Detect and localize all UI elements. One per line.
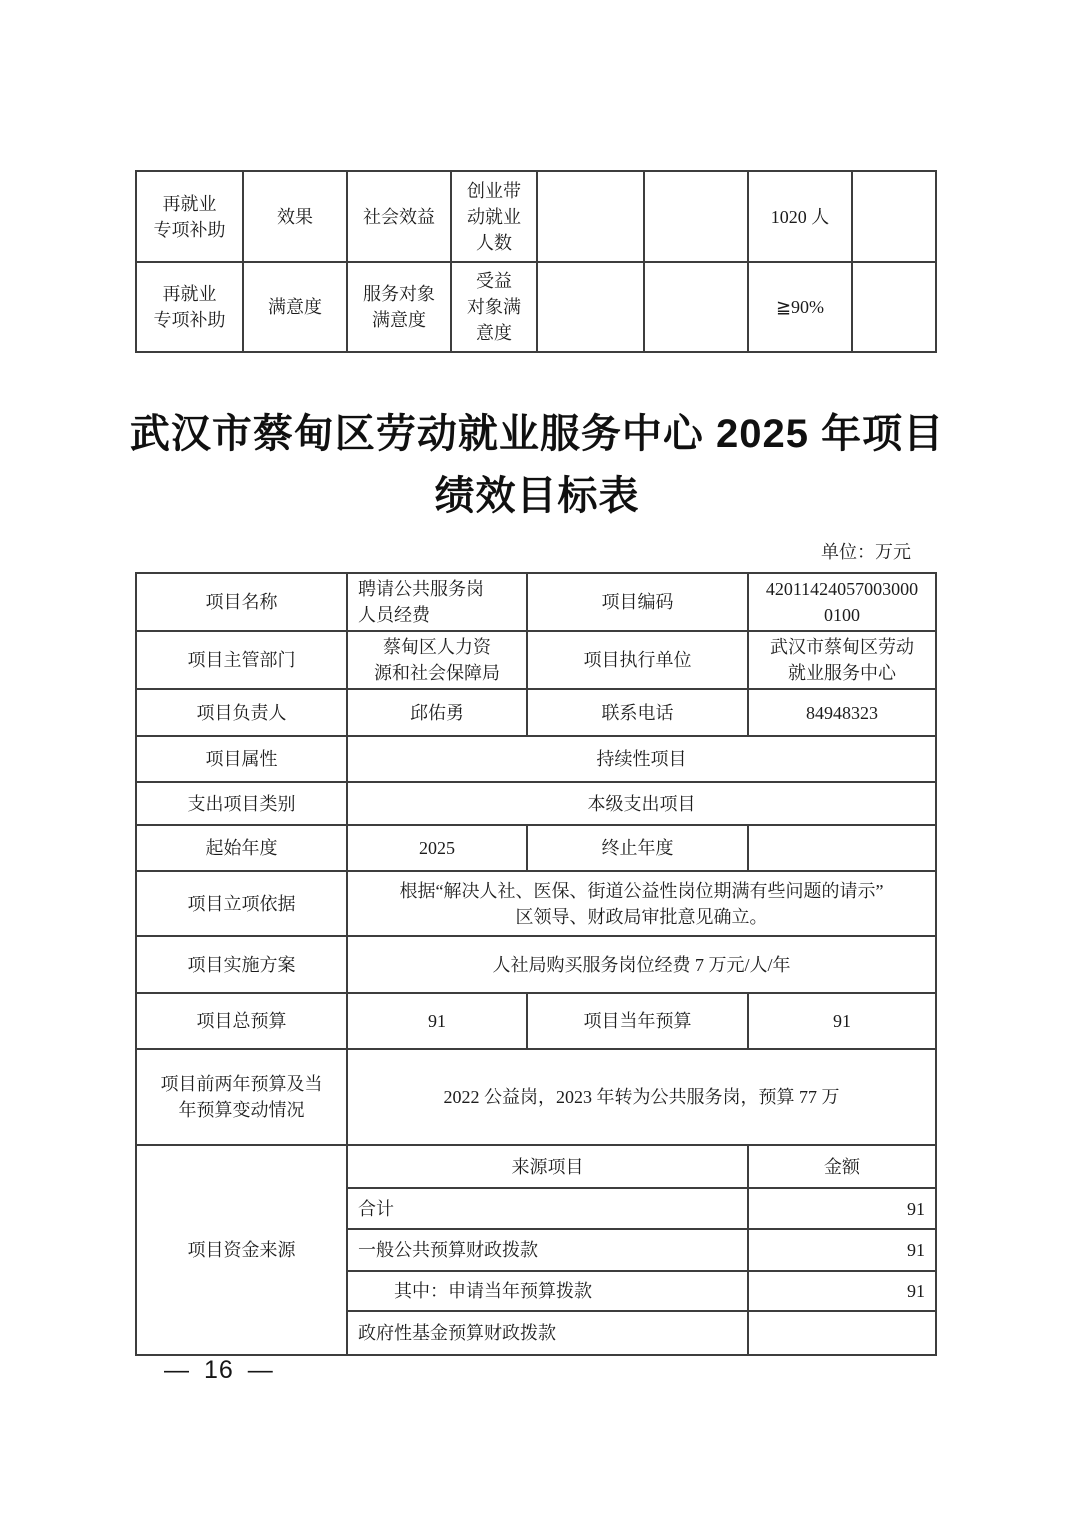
label-leader: 项目负责人: [136, 689, 347, 736]
empty-cell: [852, 262, 936, 352]
table-row: 项目前两年预算及当 年预算变动情况 2022 公益岗，2023 年转为公共服务岗…: [136, 1049, 936, 1145]
table-row: 项目属性 持续性项目: [136, 736, 936, 782]
empty-cell: [644, 171, 748, 262]
table-row: 项目名称 聘请公共服务岗 人员经费 项目编码 42011424057003000…: [136, 573, 936, 631]
label-phone: 联系电话: [527, 689, 748, 736]
cell-project-name: 再就业 专项补助: [136, 262, 243, 352]
table-row: 再就业 专项补助 满意度 服务对象 满意度 受益 对象满 意度 ≧90%: [136, 262, 936, 352]
value-department: 蔡甸区人力资 源和社会保障局: [347, 631, 527, 689]
table-row: 项目负责人 邱佑勇 联系电话 84948323: [136, 689, 936, 736]
value-basis: 根据“解决人社、医保、街道公益性岗位期满有些问题的请示” 区领导、财政局审批意见…: [347, 871, 936, 936]
funding-row-current-year-amount: 91: [748, 1271, 936, 1311]
funding-row-gov-fund-amount: [748, 1311, 936, 1355]
table-row: 项目立项依据 根据“解决人社、医保、街道公益性岗位期满有些问题的请示” 区领导、…: [136, 871, 936, 936]
table-row: 支出项目类别 本级支出项目: [136, 782, 936, 825]
label-funding-source: 项目资金来源: [136, 1145, 347, 1355]
empty-cell: [852, 171, 936, 262]
value-executor: 武汉市蔡甸区劳动 就业服务中心: [748, 631, 936, 689]
value-year-budget: 91: [748, 993, 936, 1049]
value-end-year: [748, 825, 936, 871]
label-project-name: 项目名称: [136, 573, 347, 631]
page-number: — 16 —: [164, 1356, 274, 1385]
project-target-table: 项目名称 聘请公共服务岗 人员经费 项目编码 42011424057003000…: [135, 572, 937, 1356]
document-page: 再就业 专项补助 效果 社会效益 创业带 动就业 人数 1020 人 再就业 专…: [0, 0, 1074, 1520]
table-row: 起始年度 2025 终止年度: [136, 825, 936, 871]
table-row: 项目主管部门 蔡甸区人力资 源和社会保障局 项目执行单位 武汉市蔡甸区劳动 就业…: [136, 631, 936, 689]
funding-row-general-budget-amount: 91: [748, 1229, 936, 1271]
label-total-budget: 项目总预算: [136, 993, 347, 1049]
funding-row-total-amount: 91: [748, 1188, 936, 1229]
cell-category: 社会效益: [347, 171, 451, 262]
header-funding-source: 来源项目: [347, 1145, 748, 1188]
value-total-budget: 91: [347, 993, 527, 1049]
unit-label: 单位：万元: [135, 540, 911, 564]
value-attribute: 持续性项目: [347, 736, 936, 782]
funding-row-general-budget-label: 一般公共预算财政拨款: [347, 1229, 748, 1271]
funding-row-current-year-label: 其中：申请当年预算拨款: [347, 1271, 748, 1311]
label-prev-budget: 项目前两年预算及当 年预算变动情况: [136, 1049, 347, 1145]
header-funding-amount: 金额: [748, 1145, 936, 1188]
title-line-1: 武汉市蔡甸区劳动就业服务中心 2025 年项目: [0, 403, 1074, 465]
title-line-2: 绩效目标表: [0, 465, 1074, 527]
table-row: 再就业 专项补助 效果 社会效益 创业带 动就业 人数 1020 人: [136, 171, 936, 262]
funding-row-total-label: 合计: [347, 1188, 748, 1229]
value-prev-budget: 2022 公益岗，2023 年转为公共服务岗，预算 77 万: [347, 1049, 936, 1145]
continuation-indicator-table: 再就业 专项补助 效果 社会效益 创业带 动就业 人数 1020 人 再就业 专…: [135, 170, 937, 353]
label-year-budget: 项目当年预算: [527, 993, 748, 1049]
document-title: 武汉市蔡甸区劳动就业服务中心 2025 年项目 绩效目标表: [0, 403, 1074, 527]
cell-category: 服务对象 满意度: [347, 262, 451, 352]
value-expense-type: 本级支出项目: [347, 782, 936, 825]
label-plan: 项目实施方案: [136, 936, 347, 993]
cell-project-name: 再就业 专项补助: [136, 171, 243, 262]
value-leader: 邱佑勇: [347, 689, 527, 736]
label-executor: 项目执行单位: [527, 631, 748, 689]
table-row: 项目总预算 91 项目当年预算 91: [136, 993, 936, 1049]
label-attribute: 项目属性: [136, 736, 347, 782]
value-project-name: 聘请公共服务岗 人员经费: [347, 573, 527, 631]
label-basis: 项目立项依据: [136, 871, 347, 936]
label-end-year: 终止年度: [527, 825, 748, 871]
value-start-year: 2025: [347, 825, 527, 871]
cell-dimension: 满意度: [243, 262, 347, 352]
cell-indicator: 受益 对象满 意度: [451, 262, 537, 352]
cell-dimension: 效果: [243, 171, 347, 262]
empty-cell: [644, 262, 748, 352]
value-phone: 84948323: [748, 689, 936, 736]
cell-indicator: 创业带 动就业 人数: [451, 171, 537, 262]
label-expense-type: 支出项目类别: [136, 782, 347, 825]
empty-cell: [537, 262, 644, 352]
table-row: 项目实施方案 人社局购买服务岗位经费 7 万元/人/年: [136, 936, 936, 993]
label-department: 项目主管部门: [136, 631, 347, 689]
funding-row-gov-fund-label: 政府性基金预算财政拨款: [347, 1311, 748, 1355]
empty-cell: [537, 171, 644, 262]
cell-target-value: 1020 人: [748, 171, 852, 262]
label-project-code: 项目编码: [527, 573, 748, 631]
label-start-year: 起始年度: [136, 825, 347, 871]
cell-target-value: ≧90%: [748, 262, 852, 352]
value-plan: 人社局购买服务岗位经费 7 万元/人/年: [347, 936, 936, 993]
value-project-code: 42011424057003000 0100: [748, 573, 936, 631]
table-row: 项目资金来源 来源项目 金额: [136, 1145, 936, 1188]
